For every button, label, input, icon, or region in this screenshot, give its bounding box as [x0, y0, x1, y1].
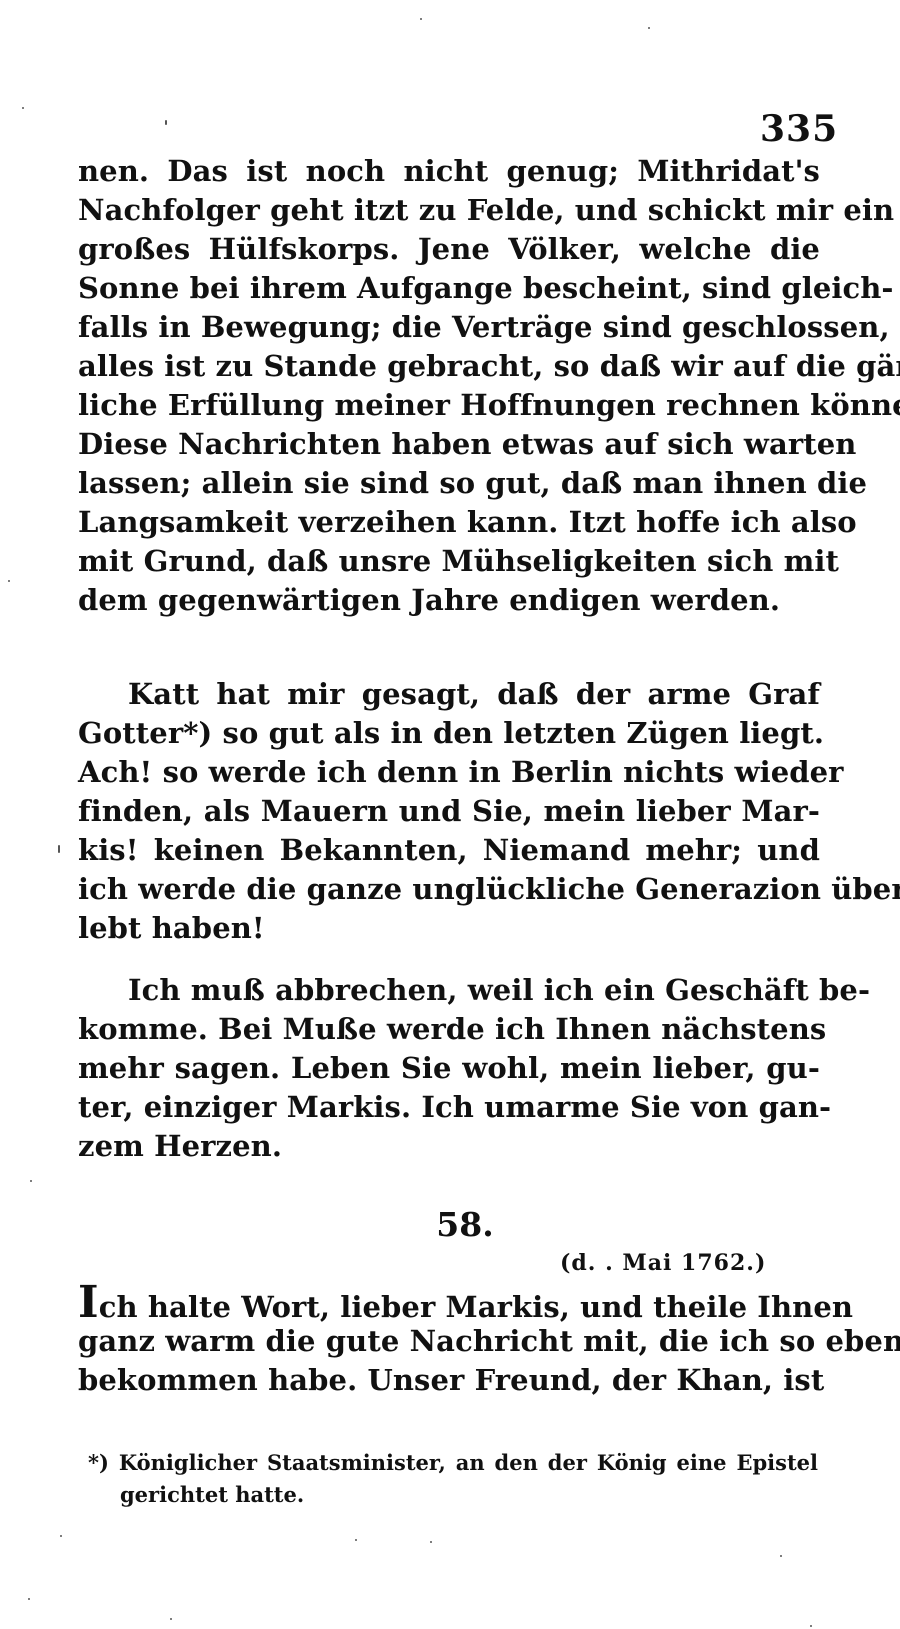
- text-line: nen. Das ist noch nicht genug; Mithridat…: [78, 152, 820, 191]
- scan-speck: [28, 1598, 30, 1600]
- text-line: alles ist zu Stande gebracht, so daß wir…: [78, 347, 820, 386]
- letter-date: (d. . Mai 1762.): [560, 1250, 766, 1276]
- text-line: mehr sagen. Leben Sie wohl, mein lieber,…: [78, 1049, 820, 1088]
- text-line: großes Hülfskorps. Jene Völker, welche d…: [78, 230, 820, 269]
- scan-speck: [810, 1625, 812, 1627]
- scan-speck: [780, 1555, 782, 1557]
- text-line: lassen; allein sie sind so gut, daß man …: [78, 464, 820, 503]
- text-line: Sonne bei ihrem Aufgange bescheint, sind…: [78, 269, 820, 308]
- book-page: 335 nen. Das ist noch nicht genug; Mithr…: [0, 0, 900, 1629]
- text-line: kis! keinen Bekannten, Niemand mehr; und: [78, 831, 820, 870]
- text-line: zem Herzen.: [78, 1127, 820, 1166]
- scan-speck: [58, 845, 60, 853]
- text-line: finden, als Mauern und Sie, mein lieber …: [78, 792, 820, 831]
- text-line-rest: ch halte Wort, lieber Markis, und theile…: [99, 1290, 853, 1324]
- text-line: lebt haben!: [78, 909, 820, 948]
- paragraph-continuation: nen. Das ist noch nicht genug; Mithridat…: [78, 152, 820, 620]
- scan-speck: [170, 1618, 172, 1620]
- paragraph-closing: Ich muß abbrechen, weil ich ein Geschäft…: [78, 971, 820, 1166]
- text-line: mit Grund, daß unsre Mühseligkeiten sich…: [78, 542, 820, 581]
- footnote-line: gerichtet hatte.: [88, 1479, 818, 1511]
- text-line: komme. Bei Muße werde ich Ihnen nächsten…: [78, 1010, 820, 1049]
- text-line: Ich halte Wort, lieber Markis, und theil…: [78, 1283, 820, 1322]
- scan-speck: [30, 1180, 32, 1182]
- text-line: ter, einziger Markis. Ich umarme Sie von…: [78, 1088, 820, 1127]
- scan-speck: [430, 1541, 432, 1543]
- paragraph-katt: Katt hat mir gesagt, daß der arme Graf G…: [78, 675, 820, 948]
- text-line: Gotter*) so gut als in den letzten Zügen…: [78, 714, 820, 753]
- letter-number-heading: 58.: [0, 1205, 900, 1244]
- text-line: falls in Bewegung; die Verträge sind ges…: [78, 308, 820, 347]
- scan-speck: [420, 18, 422, 20]
- scan-speck: [355, 1539, 357, 1541]
- scan-speck: [22, 107, 24, 109]
- text-line: Ach! so werde ich denn in Berlin nichts …: [78, 753, 820, 792]
- page-number: 335: [760, 108, 838, 150]
- text-line: Langsamkeit verzeihen kann. Itzt hoffe i…: [78, 503, 820, 542]
- text-line: Katt hat mir gesagt, daß der arme Graf: [78, 675, 820, 714]
- text-line: Diese Nachrichten haben etwas auf sich w…: [78, 425, 820, 464]
- scan-speck: [648, 27, 650, 29]
- text-line: liche Erfüllung meiner Hoffnungen rechne…: [78, 386, 820, 425]
- text-line: Ich muß abbrechen, weil ich ein Geschäft…: [78, 971, 820, 1010]
- drop-cap: I: [78, 1277, 99, 1328]
- text-line: Nachfolger geht itzt zu Felde, und schic…: [78, 191, 820, 230]
- text-line: bekommen habe. Unser Freund, der Khan, i…: [78, 1361, 820, 1400]
- footnote: *) Königlicher Staatsminister, an den de…: [88, 1447, 818, 1511]
- scan-speck: [8, 580, 10, 582]
- scan-speck: [60, 1535, 62, 1537]
- text-line: ich werde die ganze unglückliche Generaz…: [78, 870, 820, 909]
- scan-speck: [165, 120, 167, 125]
- text-line: ganz warm die gute Nachricht mit, die ic…: [78, 1322, 820, 1361]
- text-line: dem gegenwärtigen Jahre endigen werden.: [78, 581, 820, 620]
- footnote-line: *) Königlicher Staatsminister, an den de…: [88, 1447, 818, 1479]
- letter-58-body: Ich halte Wort, lieber Markis, und theil…: [78, 1283, 820, 1400]
